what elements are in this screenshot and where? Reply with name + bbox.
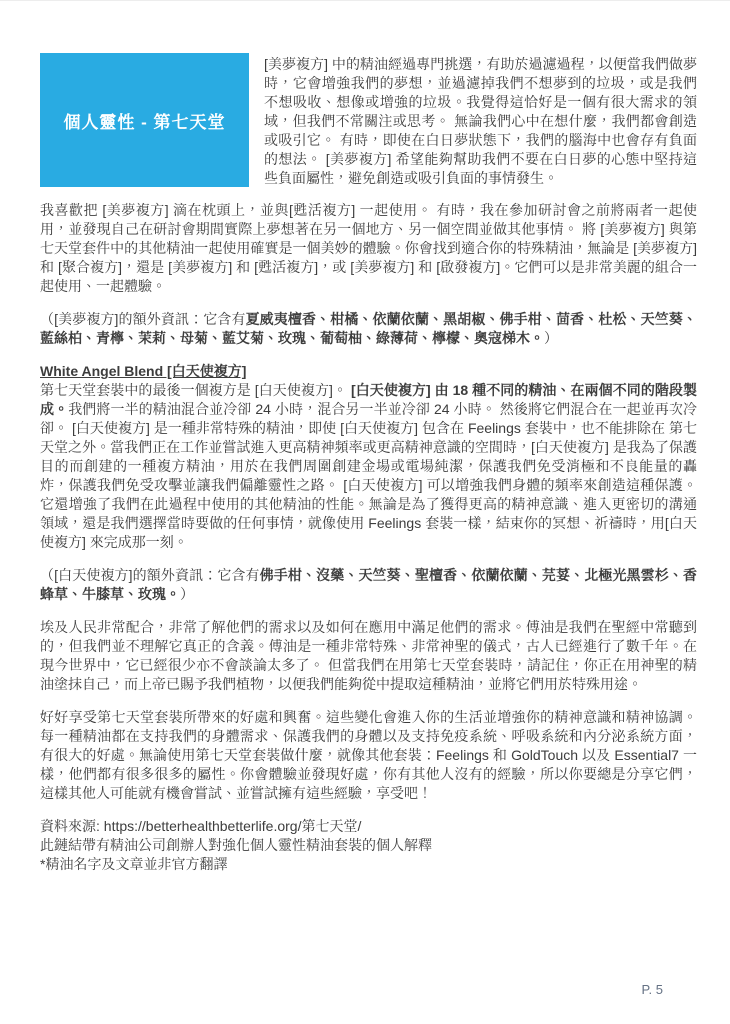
page-number: P. 5 bbox=[642, 982, 663, 997]
dream-info-suffix: ） bbox=[544, 330, 558, 346]
category-title: 個人靈性 - 第七天堂 bbox=[63, 108, 225, 133]
white-angel-para-rest: 我們將一半的精油混合並冷卻 24 小時，混合另一半並冷卻 24 小時。 然後將它… bbox=[40, 401, 697, 550]
anointing-paragraph: 埃及人民非常配合，非常了解他們的需求以及如何在應用中滿足他們的需求。傅油是我們在… bbox=[40, 618, 697, 694]
dream-extra-info: （[美夢複方]的額外資訊：它含有夏威夷檀香、柑橘、依蘭依蘭、黑胡椒、佛手柑、茴香… bbox=[40, 310, 697, 348]
document-page: 個人靈性 - 第七天堂 [美夢複方] 中的精油經過專門挑選，有助於過濾過程，以便… bbox=[0, 0, 730, 1024]
white-angel-paragraph: 第七天堂套裝中的最後一個複方是 [白天使複方]。 [白天使複方] 由 18 種不… bbox=[40, 381, 697, 552]
source-block: 資料來源: https://betterhealthbetterlife.org… bbox=[40, 817, 697, 874]
dream-info-prefix: （[美夢複方]的額外資訊：它含有 bbox=[40, 311, 246, 327]
source-description: 此鏈結帶有精油公司創辦人對強化個人靈性精油套裝的個人解釋 bbox=[40, 836, 697, 855]
white-info-prefix: （[白天使複方]的額外資訊：它含有 bbox=[40, 567, 260, 583]
category-banner: 個人靈性 - 第七天堂 bbox=[40, 53, 249, 187]
source-url[interactable]: 資料來源: https://betterhealthbetterlife.org… bbox=[40, 817, 697, 836]
usage-paragraph: 我喜歡把 [美夢複方] 滴在枕頭上，並與[甦活複方] 一起使用。 有時，我在參加… bbox=[40, 201, 697, 296]
white-extra-info: （[白天使複方]的額外資訊：它含有佛手柑、沒藥、天竺葵、聖檀香、依蘭依蘭、芫荽、… bbox=[40, 566, 697, 604]
white-angel-para-start: 第七天堂套裝中的最後一個複方是 [白天使複方]。 bbox=[40, 382, 351, 398]
translation-note: *精油名字及文章並非官方翻譯 bbox=[40, 855, 697, 874]
white-info-suffix: ） bbox=[180, 586, 194, 602]
white-angel-heading: White Angel Blend [白天使複方] bbox=[40, 362, 697, 381]
page-content: 個人靈性 - 第七天堂 [美夢複方] 中的精油經過專門挑選，有助於過濾過程，以便… bbox=[40, 53, 697, 874]
enjoy-paragraph: 好好享受第七天堂套裝所帶來的好處和興奮。這些變化會進入你的生活並增強你的精神意識… bbox=[40, 708, 697, 803]
header-row: 個人靈性 - 第七天堂 [美夢複方] 中的精油經過專門挑選，有助於過濾過程，以便… bbox=[40, 53, 697, 188]
intro-paragraph: [美夢複方] 中的精油經過專門挑選，有助於過濾過程，以便當我們做夢時，它會增強我… bbox=[264, 55, 697, 188]
